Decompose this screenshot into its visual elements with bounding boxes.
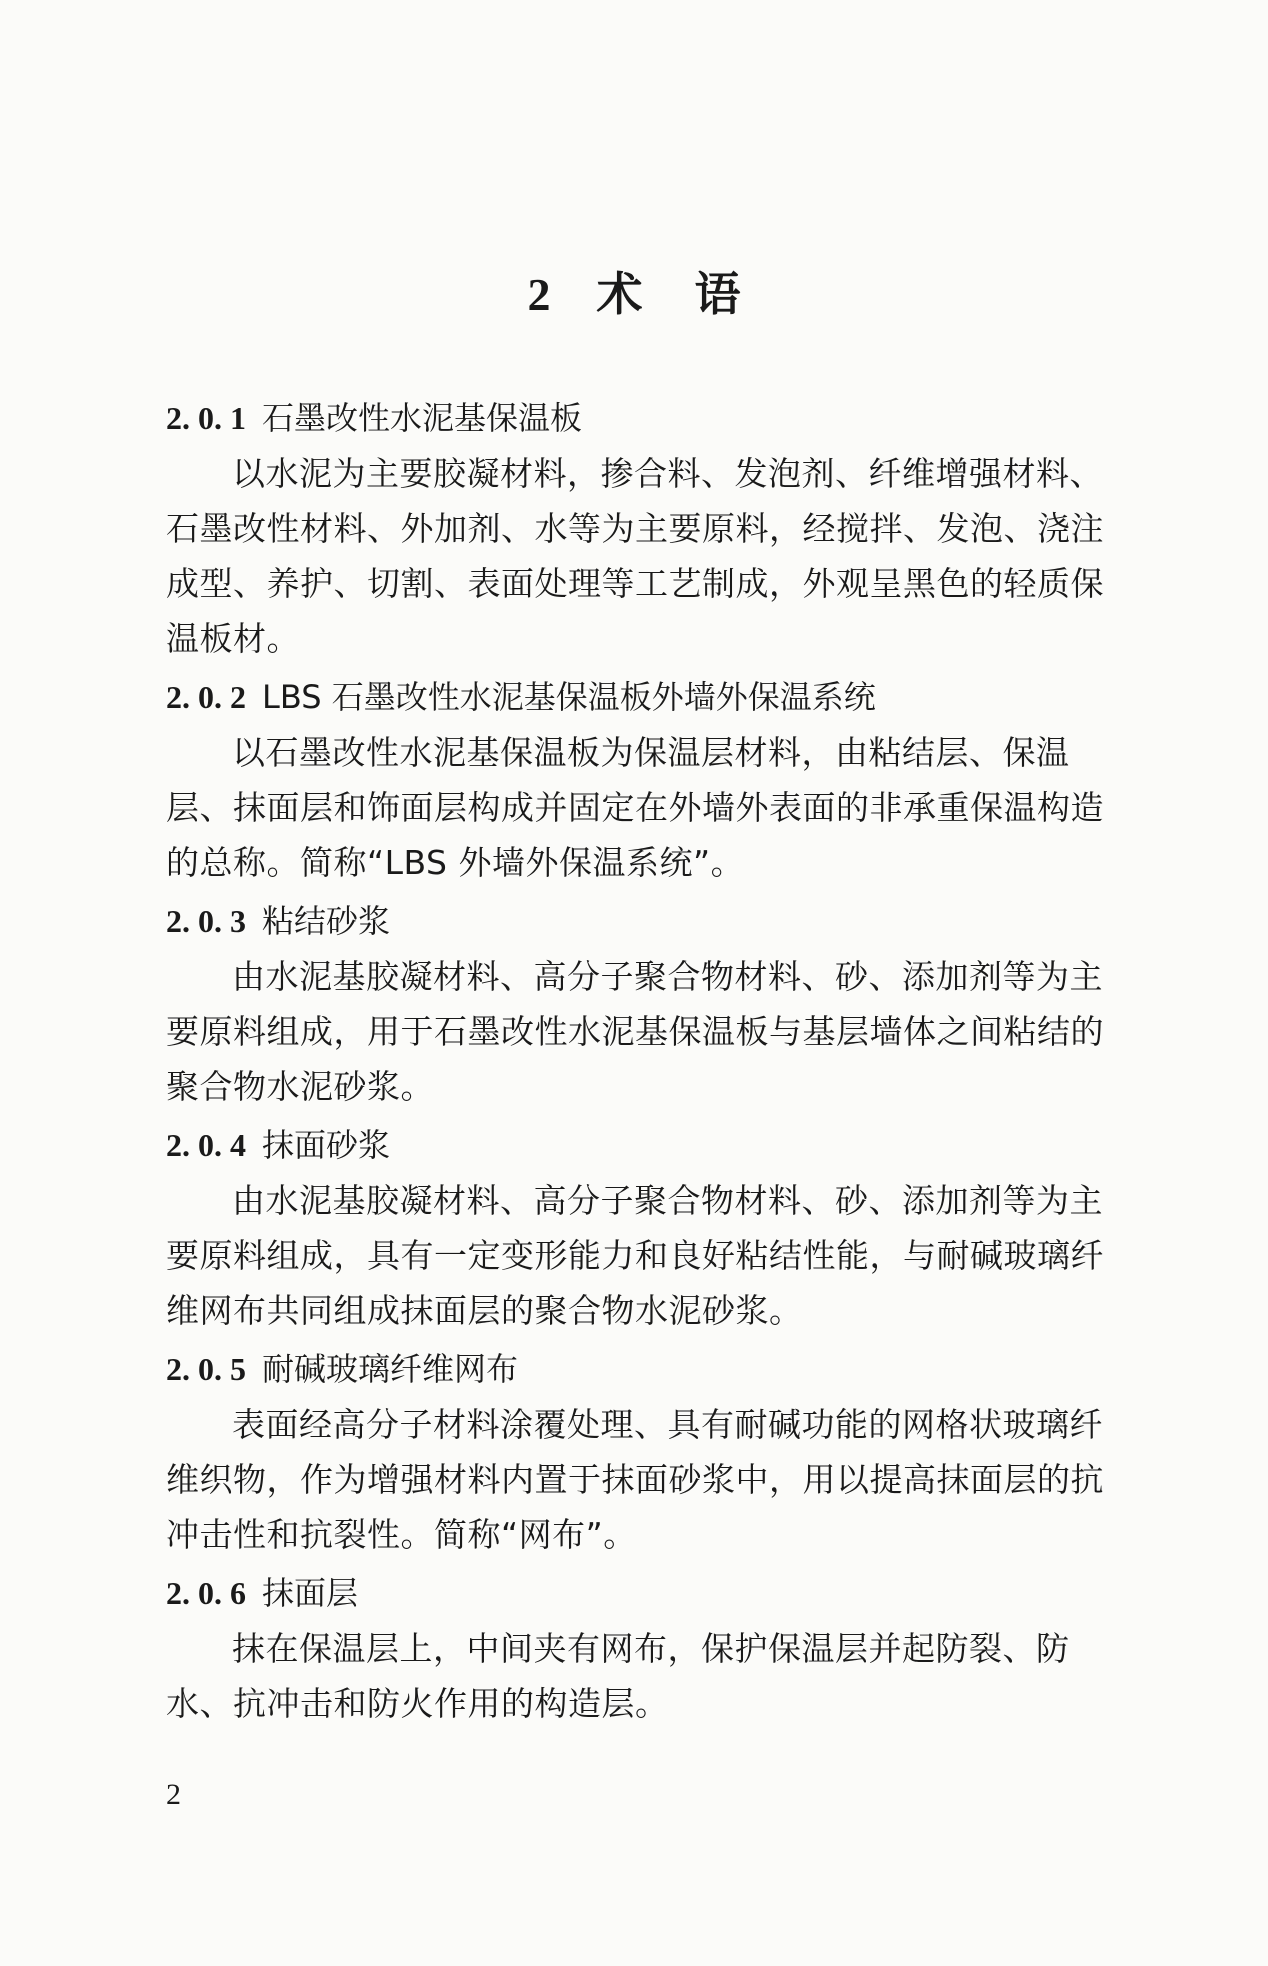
definition-line: 由水泥基胶凝材料、高分子聚合物材料、砂、添加剂等为主 [166, 1173, 1156, 1228]
term-code: 2. 0. 6 [166, 1566, 262, 1621]
chapter-number: 2 [528, 268, 551, 321]
term-name: 石墨改性水泥基保温板 [262, 399, 582, 437]
term-name: LBS 石墨改性水泥基保温板外墙外保温系统 [262, 678, 876, 716]
term-code: 2. 0. 4 [166, 1118, 262, 1173]
terms-list: 2. 0. 1石墨改性水泥基保温板 以水泥为主要胶凝材料，掺合料、发泡剂、纤维增… [166, 388, 1156, 1735]
definition-line: 成型、养护、切割、表面处理等工艺制成，外观呈黑色的轻质保 [166, 556, 1156, 611]
term-definition: 表面经高分子材料涂覆处理、具有耐碱功能的网格状玻璃纤 维织物，作为增强材料内置于… [166, 1397, 1156, 1562]
definition-line: 冲击性和抗裂性。简称“网布”。 [166, 1507, 1156, 1562]
definition-line: 维网布共同组成抹面层的聚合物水泥砂浆。 [166, 1283, 1156, 1338]
definition-line: 石墨改性材料、外加剂、水等为主要原料，经搅拌、发泡、浇注 [166, 501, 1156, 556]
definition-line: 维织物，作为增强材料内置于抹面砂浆中，用以提高抹面层的抗 [166, 1452, 1156, 1507]
definition-line: 抹在保温层上，中间夹有网布，保护保温层并起防裂、防 [166, 1621, 1156, 1676]
chapter-title-char: 语 [695, 258, 741, 324]
term-heading: 2. 0. 4抹面砂浆 [166, 1118, 1156, 1173]
term-name: 粘结砂浆 [262, 902, 390, 940]
page-number: 2 [166, 1778, 181, 1812]
definition-line: 温板材。 [166, 611, 1156, 666]
term-heading: 2. 0. 1石墨改性水泥基保温板 [166, 391, 1156, 446]
definition-line: 以水泥为主要胶凝材料，掺合料、发泡剂、纤维增强材料、 [166, 446, 1156, 501]
definition-line: 由水泥基胶凝材料、高分子聚合物材料、砂、添加剂等为主 [166, 949, 1156, 1004]
definition-line: 的总称。简称“LBS 外墙外保温系统”。 [166, 835, 1156, 890]
term-heading: 2. 0. 3粘结砂浆 [166, 894, 1156, 949]
term-heading: 2. 0. 5耐碱玻璃纤维网布 [166, 1342, 1156, 1397]
term-code: 2. 0. 5 [166, 1342, 262, 1397]
definition-line: 以石墨改性水泥基保温板为保温层材料，由粘结层、保温 [166, 725, 1156, 780]
term-definition: 由水泥基胶凝材料、高分子聚合物材料、砂、添加剂等为主 要原料组成，具有一定变形能… [166, 1173, 1156, 1338]
term-definition: 以石墨改性水泥基保温板为保温层材料，由粘结层、保温 层、抹面层和饰面层构成并固定… [166, 725, 1156, 890]
definition-line: 表面经高分子材料涂覆处理、具有耐碱功能的网格状玻璃纤 [166, 1397, 1156, 1452]
definition-line: 水、抗冲击和防火作用的构造层。 [166, 1676, 1156, 1731]
term-code: 2. 0. 1 [166, 391, 262, 446]
term-name: 耐碱玻璃纤维网布 [262, 1350, 518, 1388]
definition-line: 要原料组成，用于石墨改性水泥基保温板与基层墙体之间粘结的 [166, 1004, 1156, 1059]
term-code: 2. 0. 3 [166, 894, 262, 949]
chapter-title-char: 术 [597, 258, 643, 324]
term-name: 抹面层 [262, 1574, 358, 1612]
term-heading: 2. 0. 6抹面层 [166, 1566, 1156, 1621]
term-code: 2. 0. 2 [166, 670, 262, 725]
term-heading: 2. 0. 2LBS 石墨改性水泥基保温板外墙外保温系统 [166, 670, 1156, 725]
definition-line: 层、抹面层和饰面层构成并固定在外墙外表面的非承重保温构造 [166, 780, 1156, 835]
term-definition: 以水泥为主要胶凝材料，掺合料、发泡剂、纤维增强材料、 石墨改性材料、外加剂、水等… [166, 446, 1156, 666]
definition-line: 要原料组成，具有一定变形能力和良好粘结性能，与耐碱玻璃纤 [166, 1228, 1156, 1283]
definition-line: 聚合物水泥砂浆。 [166, 1059, 1156, 1114]
term-definition: 抹在保温层上，中间夹有网布，保护保温层并起防裂、防 水、抗冲击和防火作用的构造层… [166, 1621, 1156, 1731]
term-name: 抹面砂浆 [262, 1126, 390, 1164]
term-definition: 由水泥基胶凝材料、高分子聚合物材料、砂、添加剂等为主 要原料组成，用于石墨改性水… [166, 949, 1156, 1114]
chapter-title: 2术语 [0, 258, 1268, 324]
